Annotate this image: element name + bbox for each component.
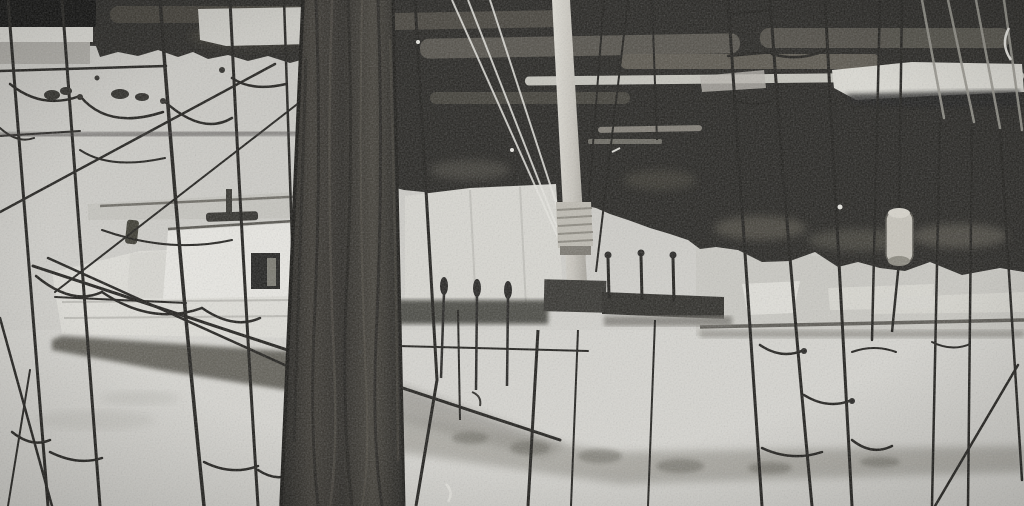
photo-canvas (0, 0, 1024, 506)
vignette-overlay (0, 0, 1024, 506)
photograph (0, 0, 1024, 506)
